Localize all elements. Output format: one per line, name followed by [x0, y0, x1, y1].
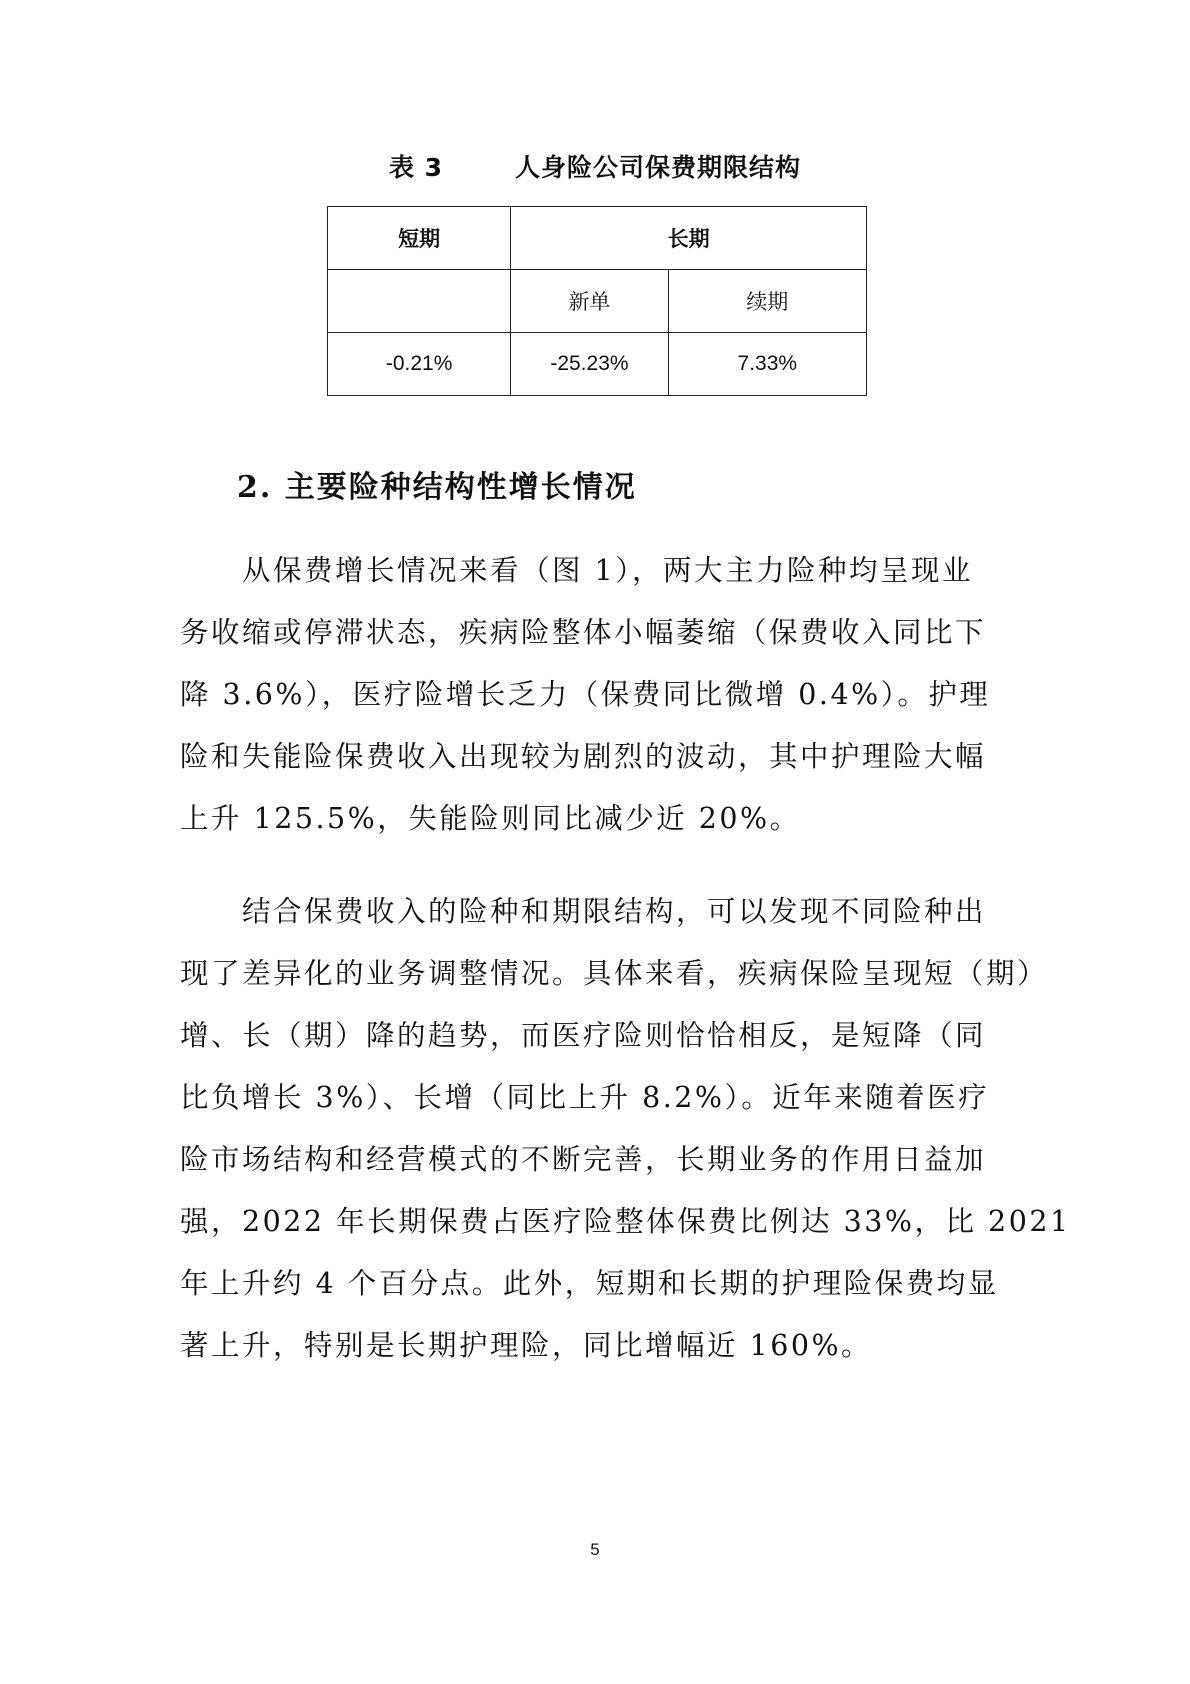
subheader-renewal: 续期 [668, 270, 866, 333]
text-line: 增、长（期）降的趋势，而医疗险则恰恰相反，是短降（同 [180, 1005, 1010, 1067]
table-caption: 表 3人身险公司保费期限结构 [0, 148, 1190, 184]
header-long-term: 长期 [511, 207, 867, 270]
text-line: 现了差异化的业务调整情况。具体来看，疾病保险呈现短（期） [180, 943, 1010, 1005]
text-line: 降 3.6%），医疗险增长乏力（保费同比微增 0.4%）。护理 [180, 664, 1010, 726]
value-short-term: -0.21% [328, 333, 511, 396]
paragraph-term-structure: 结合保费收入的险种和期限结构，可以发现不同险种出 现了差异化的业务调整情况。具体… [180, 881, 1010, 1377]
table-subheader-row: 新单 续期 [328, 270, 867, 333]
text-line: 从保费增长情况来看（图 1），两大主力险种均呈现业 [180, 540, 1010, 602]
section-heading: 2. 主要险种结构性增长情况 [237, 462, 637, 506]
subheader-empty [328, 270, 511, 333]
text-line: 强，2022 年长期保费占医疗险整体保费比例达 33%，比 2021 [180, 1191, 1010, 1253]
subheader-new-business: 新单 [511, 270, 668, 333]
premium-term-structure-table: 短期 长期 新单 续期 -0.21% -25.23% 7.33% [327, 206, 867, 396]
text-line: 比负增长 3%）、长增（同比上升 8.2%）。近年来随着医疗 [180, 1067, 1010, 1129]
value-new-business: -25.23% [511, 333, 668, 396]
value-renewal: 7.33% [668, 333, 866, 396]
table-row: -0.21% -25.23% 7.33% [328, 333, 867, 396]
table-number: 表 3 [389, 148, 443, 184]
text-line: 上升 125.5%，失能险则同比减少近 20%。 [180, 788, 1010, 850]
text-line: 务收缩或停滞状态，疾病险整体小幅萎缩（保费收入同比下 [180, 602, 1010, 664]
header-short-term: 短期 [328, 207, 511, 270]
page-number: 5 [0, 1540, 1190, 1560]
paragraph-premium-growth: 从保费增长情况来看（图 1），两大主力险种均呈现业 务收缩或停滞状态，疾病险整体… [180, 540, 1010, 850]
text-line: 年上升约 4 个百分点。此外，短期和长期的护理险保费均显 [180, 1253, 1010, 1315]
table-title: 人身险公司保费期限结构 [515, 153, 801, 182]
table-header-row: 短期 长期 [328, 207, 867, 270]
text-line: 险和失能险保费收入出现较为剧烈的波动，其中护理险大幅 [180, 726, 1010, 788]
text-line: 著上升，特别是长期护理险，同比增幅近 160%。 [180, 1315, 1010, 1377]
text-line: 险市场结构和经营模式的不断完善，长期业务的作用日益加 [180, 1129, 1010, 1191]
text-line: 结合保费收入的险种和期限结构，可以发现不同险种出 [180, 881, 1010, 943]
